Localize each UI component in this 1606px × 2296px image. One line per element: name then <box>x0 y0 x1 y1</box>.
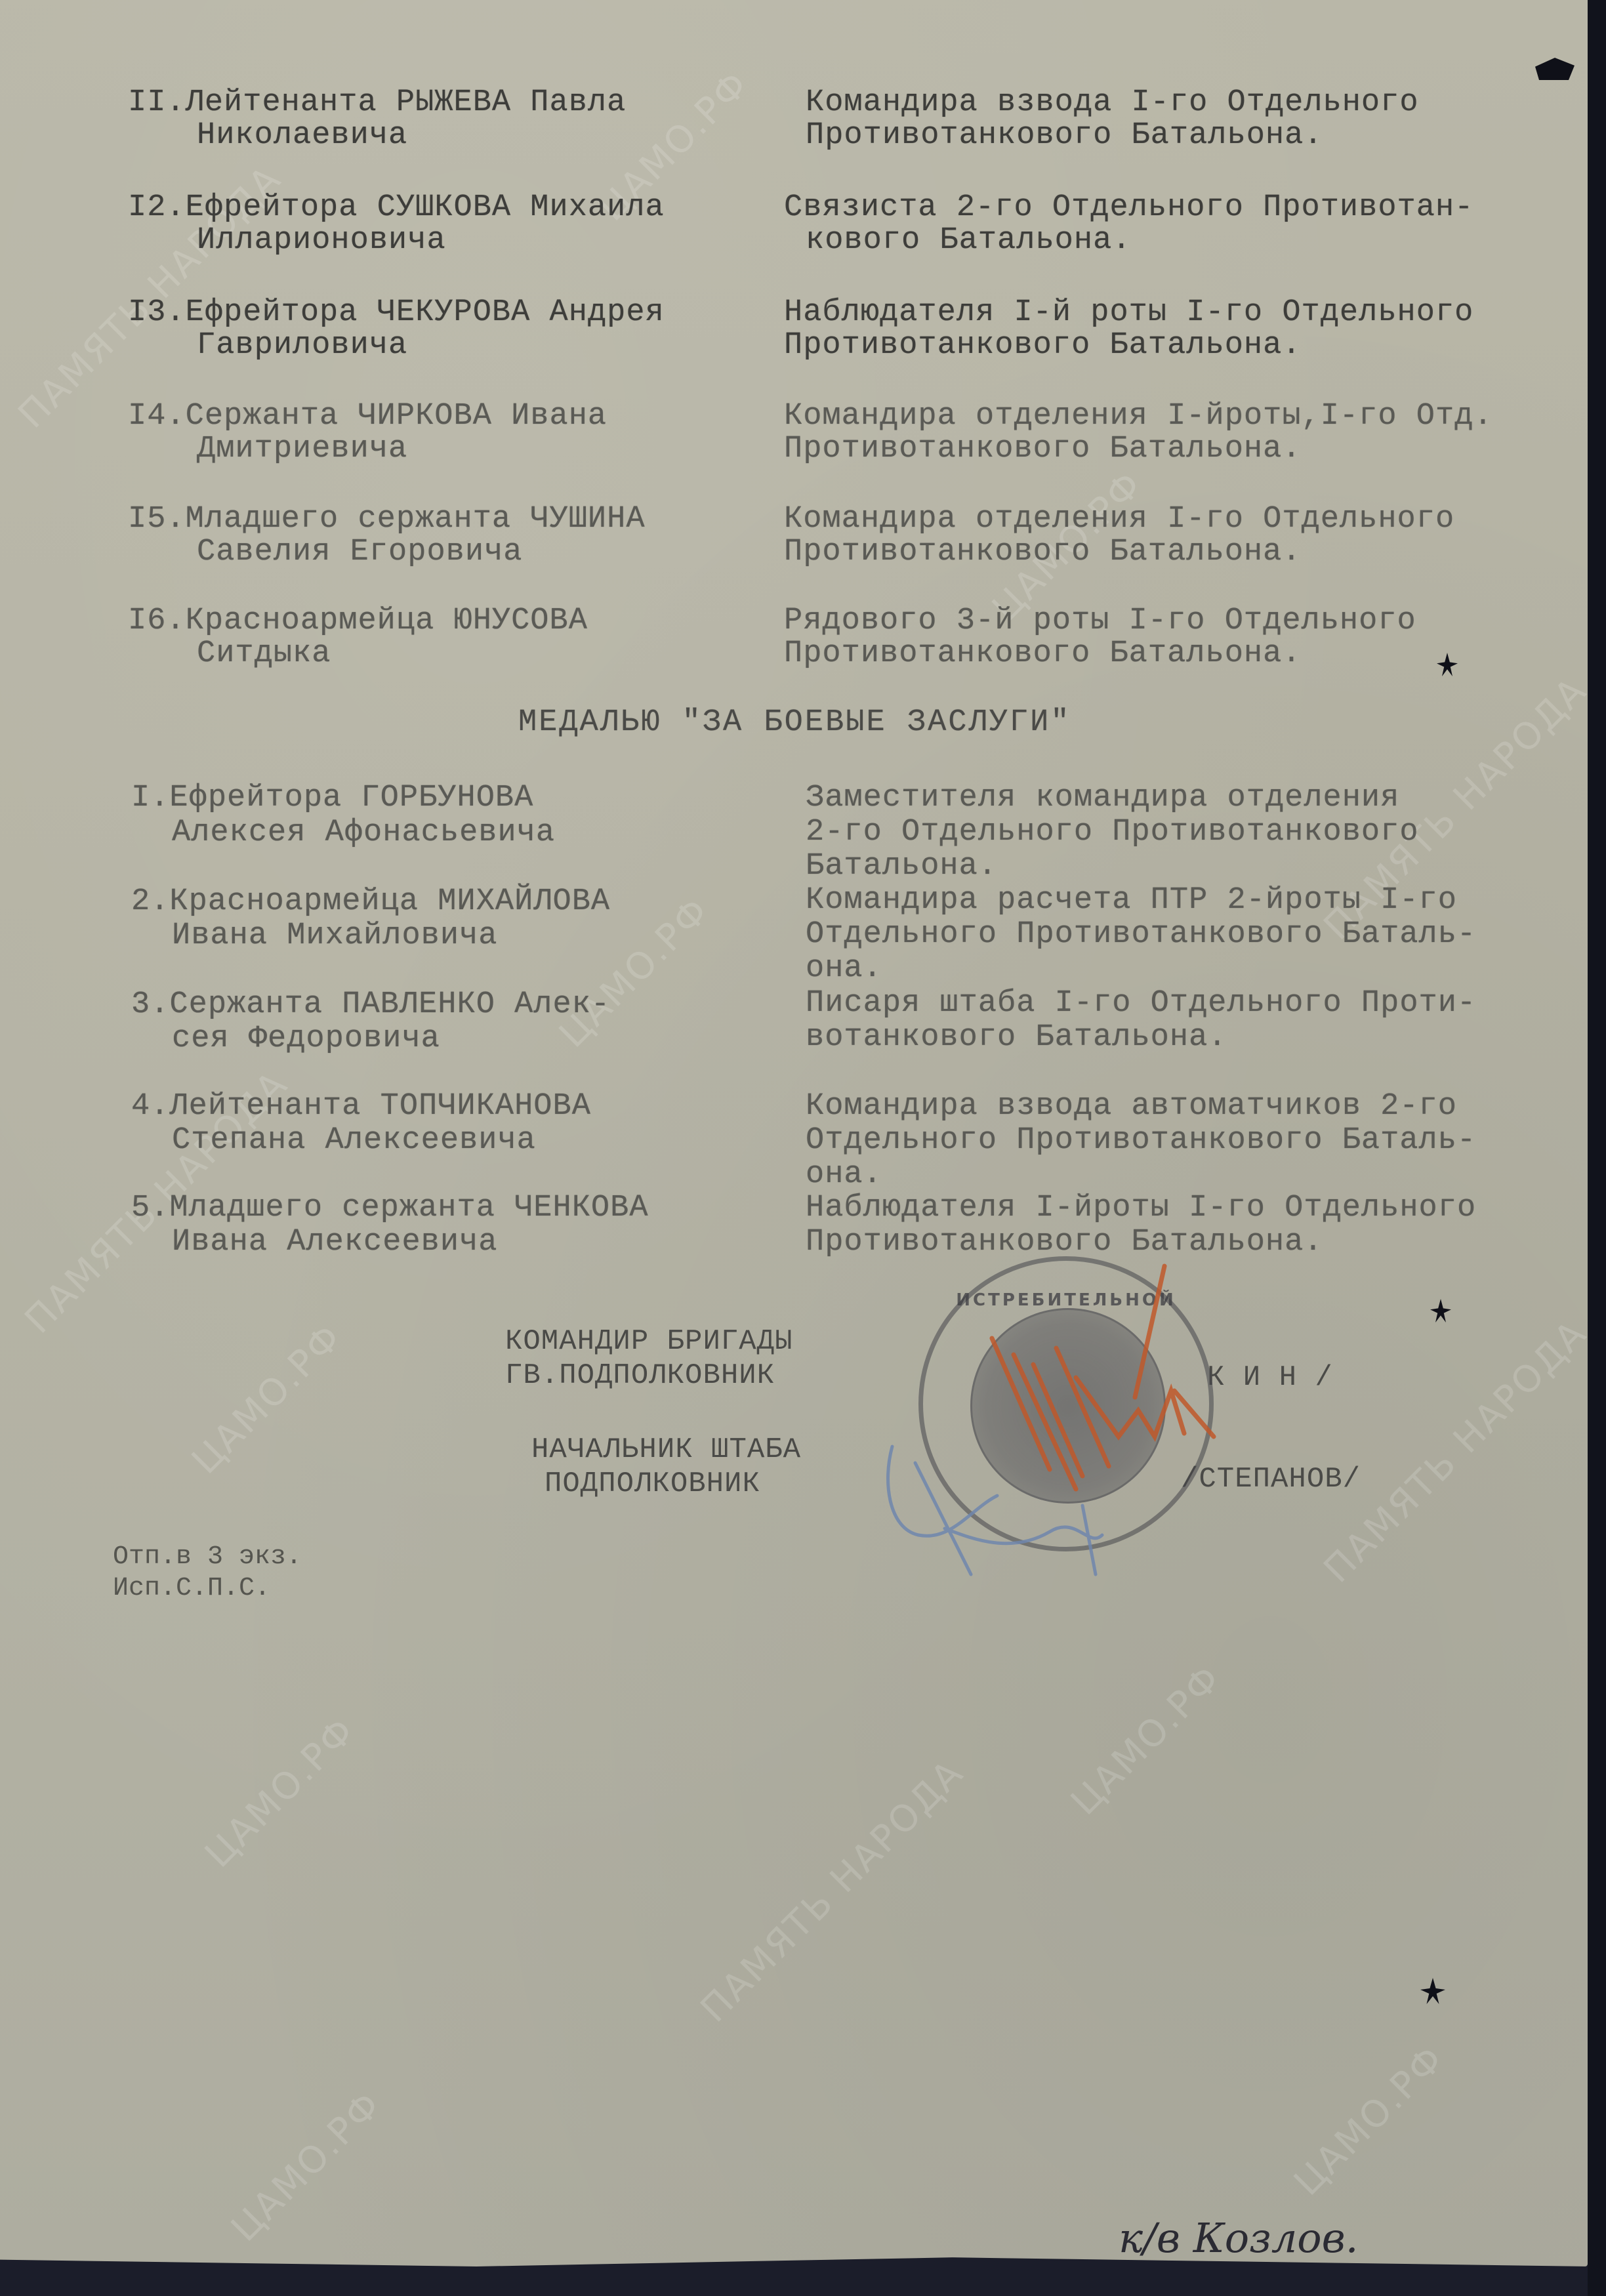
entry-role-line-2: Противотанкового Батальона. <box>784 636 1302 672</box>
entry-name-line-2: Ситдыка <box>197 636 331 672</box>
entry-name-line-2: Ивана Алексеевича <box>172 1225 497 1260</box>
entry-name: 5.Младшего сержанта ЧЕНКОВА <box>131 1191 649 1226</box>
entry-name: I3.Ефрейтора ЧЕКУРОВА Андрея <box>128 295 665 331</box>
entry-name-line-2: Николаевича <box>197 118 407 154</box>
entry-role-line-3: она. <box>806 951 882 987</box>
paper-damage <box>1430 1299 1451 1322</box>
entry-role-line-2: Отдельного Противотанкового Баталь- <box>806 917 1476 953</box>
entry-role-line-2: Противотанкового Батальона. <box>806 118 1323 154</box>
entry-name: I.Ефрейтора ГОРБУНОВА <box>131 781 533 816</box>
chief-of-staff-name: /СТЕПАНОВ/ <box>1181 1463 1361 1496</box>
handwritten-note: к/в Козлов. <box>1119 2214 1358 2262</box>
entry-role-line-2: 2-го Отдельного Противотанкового <box>806 815 1419 850</box>
entry-role: Связиста 2-го Отдельного Противотан- <box>784 190 1473 226</box>
commander-name: К И Н / <box>1207 1361 1333 1394</box>
entry-role: Командира расчета ПТР 2-йроты I-го <box>806 883 1457 918</box>
entry-name-line-2: Дмитриевича <box>197 432 407 467</box>
watermark: ЦАМО.РФ <box>184 1315 351 1483</box>
entry-name: I2.Ефрейтора СУШКОВА Михаила <box>128 190 665 226</box>
commander-rank: ГВ.ПОДПОЛКОВНИК <box>505 1359 775 1392</box>
entry-role: Наблюдателя I-йроты I-го Отдельного <box>806 1191 1476 1226</box>
paper-damage <box>1420 1978 1445 2004</box>
scan-edge <box>1588 0 1606 2296</box>
entry-role-line-3: Батальона. <box>806 849 997 884</box>
entry-name-line-2: Гавриловича <box>197 328 407 363</box>
section-heading: МЕДАЛЬЮ "ЗА БОЕВЫЕ ЗАСЛУГИ" <box>518 705 1071 741</box>
entry-name: I4.Сержанта ЧИРКОВА Ивана <box>128 399 607 434</box>
entry-role-line-2: кового Батальона. <box>806 223 1131 258</box>
commander-title: КОМАНДИР БРИГАДЫ <box>505 1325 793 1358</box>
entry-name-line-2: Илларионовича <box>197 223 446 258</box>
paper-damage <box>1535 58 1575 80</box>
entry-role: Наблюдателя I-й роты I-го Отдельного <box>784 295 1473 331</box>
entry-role-line-2: вотанкового Батальона. <box>806 1020 1227 1056</box>
watermark: ПАМЯТЬ НАРОДА <box>1316 1312 1596 1591</box>
entry-name: I5.Младшего сержанта ЧУШИНА <box>128 502 646 537</box>
entry-role-line-2: Противотанкового Батальона. <box>784 328 1302 363</box>
watermark: ЦАМО.РФ <box>1063 1656 1230 1824</box>
copies-note: Отп.в 3 экз. <box>113 1542 302 1573</box>
entry-role: Рядового 3-й роты I-го Отдельного <box>784 604 1416 639</box>
entry-name: 3.Сержанта ПАВЛЕНКО Алек- <box>131 987 610 1023</box>
entry-role: Командира отделения I-йроты,I-го Отд. <box>784 399 1493 434</box>
entry-role-line-2: Противотанкового Батальона. <box>806 1225 1323 1260</box>
paper-damage <box>1437 653 1458 676</box>
executor-note: Исп.С.П.С. <box>113 1573 270 1605</box>
entry-name: I6.Красноармейца ЮНУСОВА <box>128 604 588 639</box>
entry-role: Заместителя командира отделения <box>806 781 1399 816</box>
entry-name-line-2: Савелия Егоровича <box>197 535 522 570</box>
watermark: ПАМЯТЬ НАРОДА <box>693 1752 972 2031</box>
entry-role: Писаря штаба I-го Отдельного Проти- <box>806 986 1476 1021</box>
entry-role: Командира взвода I-го Отдельного <box>806 85 1419 121</box>
entry-role-line-2: Отдельного Противотанкового Баталь- <box>806 1123 1476 1158</box>
entry-role-line-2: Противотанкового Батальона. <box>784 432 1302 467</box>
entry-name-line-2: Алексея Афонасьевича <box>172 815 555 851</box>
official-stamp: ИСТРЕБИТЕЛЬНОЙ <box>918 1256 1214 1551</box>
entry-name: 2.Красноармейца МИХАЙЛОВА <box>131 884 610 920</box>
entry-role: Командира отделения I-го Отдельного <box>784 502 1454 537</box>
document-page: ПАМЯТЬ НАРОДА ЦАМО.РФ ЦАМО.РФ ПАМЯТЬ НАР… <box>0 0 1588 2266</box>
stamp-emblem <box>970 1308 1166 1504</box>
entry-name: 4.Лейтенанта ТОПЧИКАНОВА <box>131 1089 591 1124</box>
entry-role: Командира взвода автоматчиков 2-го <box>806 1089 1457 1124</box>
entry-role-line-2: Противотанкового Батальона. <box>784 535 1302 570</box>
entry-name: II.Лейтенанта РЫЖЕВА Павла <box>128 85 626 121</box>
entry-role-line-3: она. <box>806 1157 882 1193</box>
entry-name-line-2: Ивана Михайловича <box>172 918 497 954</box>
stamp-ring-text: ИСТРЕБИТЕЛЬНОЙ <box>923 1290 1209 1310</box>
watermark: ЦАМО.РФ <box>223 2083 390 2250</box>
watermark: ЦАМО.РФ <box>197 1709 364 1876</box>
chief-of-staff-title: НАЧАЛЬНИК ШТАБА <box>531 1433 801 1466</box>
chief-of-staff-rank: ПОДПОЛКОВНИК <box>545 1467 760 1500</box>
entry-name-line-2: Степана Алексеевича <box>172 1123 536 1158</box>
entry-name-line-2: сея Федоровича <box>172 1021 440 1057</box>
watermark: ЦАМО.РФ <box>1286 2037 1453 2204</box>
